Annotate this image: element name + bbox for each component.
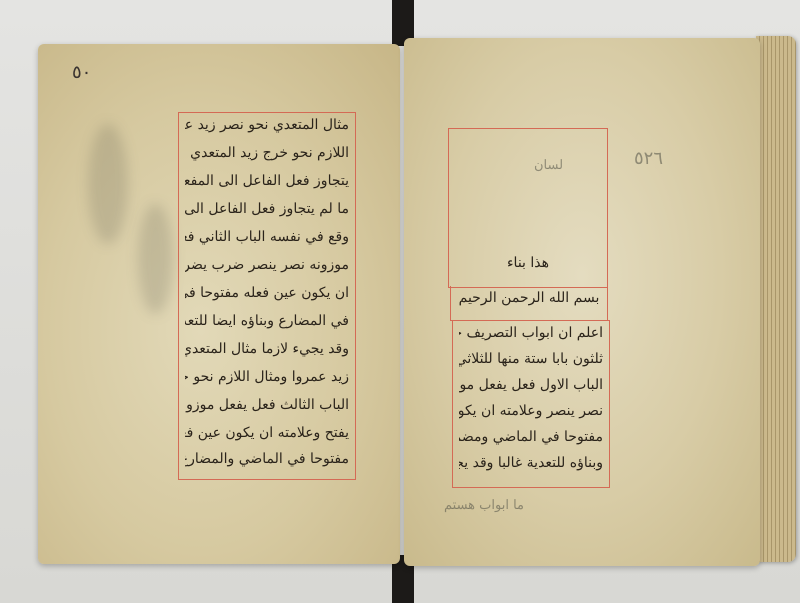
text-line: ثلثون بابا ستة منها للثلاثي المجرد (459, 351, 603, 379)
text-line: وقد يجيء لازما مثال المتعدي نحو ضرب (185, 341, 349, 369)
left-page: ٥٠ مثال المتعدي نحو نصر زيد عمرو ومثال ا… (38, 44, 400, 564)
text-line: الباب الثالث فعل يفعل موزونه فتح (185, 397, 349, 425)
basmala: بسم الله الرحمن الرحيم (457, 290, 601, 318)
title: هذا بناء (455, 255, 601, 283)
text-line: مفتوحا في الماضي والمضارع بشرط (185, 451, 349, 479)
page-number: ٥٠ (72, 62, 91, 83)
stain (88, 124, 128, 244)
right-page: ٥٢٦ لسان هذا بناء بسم الله الرحمن الرحيم… (404, 38, 760, 566)
text-line: اللازم نحو خرج زيد المتعدي هو الذي (185, 145, 349, 173)
text-line: يفتح وعلامته ان يكون عين فعله (185, 425, 349, 453)
text-line: مفتوحا في الماضي ومضموما في المضارع (459, 429, 603, 457)
text-line: الباب الاول فعل يفعل موزونه (459, 377, 603, 405)
text-line: ما لم يتجاوز فعل الفاعل الى المفعول به ب… (185, 201, 349, 229)
page-edges (756, 36, 796, 562)
text-frame: مثال المتعدي نحو نصر زيد عمرو ومثال اللا… (178, 112, 356, 480)
text-line: في المضارع وبناؤه ايضا للتعدية غالبا (185, 313, 349, 341)
text-line: ان يكون عين فعله مفتوحا في الماضي ومكسور… (185, 285, 349, 313)
text-line: وبناؤه للتعدية غالبا وقد يجيء لازما (459, 455, 603, 483)
text-line: يتجاوز فعل الفاعل الى المفعول به واللازم (185, 173, 349, 201)
text-line: مثال المتعدي نحو نصر زيد عمرو ومثال (185, 117, 349, 145)
text-line: وقع في نفسه الباب الثاني فعل يفعل (185, 229, 349, 257)
title-frame: هذا بناء (448, 128, 608, 288)
stain (138, 204, 173, 314)
text-line: نصر ينصر وعلامته ان يكون عين فعله (459, 403, 603, 431)
bottom-note: ما ابواب هستم (444, 498, 524, 513)
basmala-frame: بسم الله الرحمن الرحيم (450, 286, 608, 321)
margin-note: ٥٢٦ (634, 148, 663, 169)
text-line: اعلم ان ابواب التصريف خمسة و (459, 325, 603, 353)
text-frame: اعلم ان ابواب التصريف خمسة و ثلثون بابا … (452, 320, 610, 488)
text-line: موزونه نصر ينصر ضرب يضرب وعلامته (185, 257, 349, 285)
text-line: زيد عمروا ومثال اللازم نحو جلس زيد (185, 369, 349, 397)
